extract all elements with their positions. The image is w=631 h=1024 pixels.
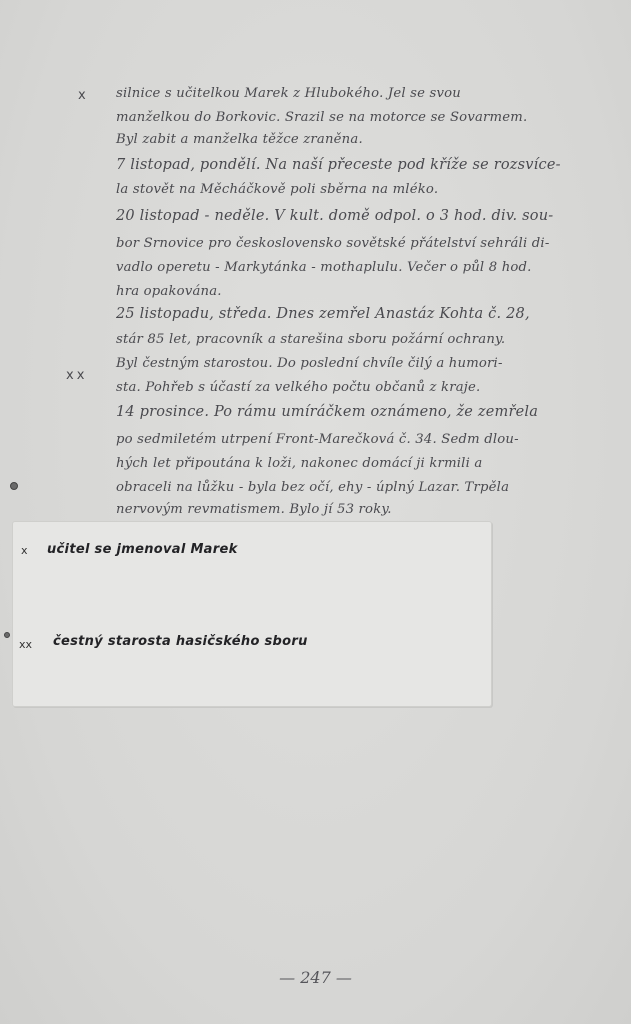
page-number: — 247 — bbox=[0, 968, 631, 987]
text-line: nervovým revmatismem. Bylo jí 53 roky. bbox=[116, 502, 392, 517]
slip-marker-x: x bbox=[21, 544, 28, 557]
pasted-note-slip: x učitel se jmenoval Marek xx čestný sta… bbox=[12, 521, 492, 707]
text-line: obraceli na lůžku - byla bez očí, ehy - … bbox=[116, 480, 509, 495]
text-line: hých let připoutána k loži, nakonec domá… bbox=[116, 456, 482, 471]
entry-heading-line: 7 listopad, pondělí. Na naší přeceste po… bbox=[116, 157, 561, 173]
text-line: vadlo operetu - Markytánka - mothaplulu.… bbox=[116, 260, 532, 275]
text-line: stár 85 let, pracovník a starešina sboru… bbox=[116, 332, 505, 347]
slip-note: učitel se jmenoval Marek bbox=[47, 542, 238, 557]
slip-marker-xx: xx bbox=[19, 638, 32, 651]
text-line: bor Srnovice pro československo sovětské… bbox=[116, 236, 549, 251]
text-line: Byl zabit a manželka těžce zraněna. bbox=[116, 132, 363, 147]
text-line: po sedmiletém utrpení Front-Marečková č.… bbox=[116, 432, 519, 447]
text-line: silnice s učitelkou Marek z Hlubokého. J… bbox=[116, 86, 461, 101]
entry-heading-line: 25 listopadu, středa. Dnes zemřel Anastá… bbox=[116, 306, 530, 322]
entry-heading-line: 20 listopad - neděle. V kult. domě odpol… bbox=[116, 208, 553, 224]
footnote-marker-xx: xx bbox=[66, 368, 87, 383]
slip-note: čestný starosta hasičského sboru bbox=[53, 634, 308, 649]
footnote-marker-x: x bbox=[78, 88, 86, 103]
document-page: x silnice s učitelkou Marek z Hlubokého.… bbox=[0, 0, 631, 1024]
text-line: sta. Pohřeb s účastí za velkého počtu ob… bbox=[116, 380, 480, 395]
binding-hole-bottom bbox=[4, 632, 10, 638]
text-line: manželkou do Borkovic. Srazil se na moto… bbox=[116, 110, 527, 125]
binding-hole-top bbox=[10, 482, 18, 490]
text-line: la stovět na Měcháčkově poli sběrna na m… bbox=[116, 182, 438, 197]
entry-heading-line: 14 prosince. Po rámu umíráčkem oznámeno,… bbox=[116, 404, 538, 420]
text-line: hra opakována. bbox=[116, 284, 222, 299]
text-line: Byl čestným starostou. Do poslední chvíl… bbox=[116, 356, 503, 371]
